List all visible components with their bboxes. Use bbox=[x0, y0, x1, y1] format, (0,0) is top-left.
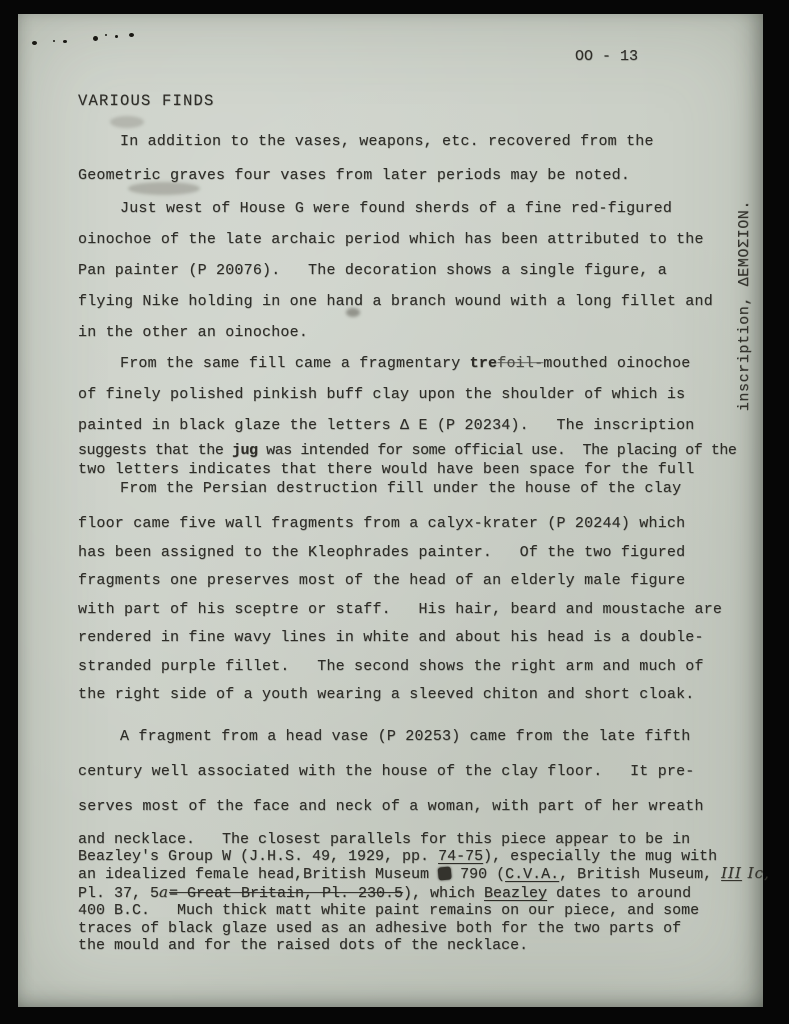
text-line: an idealized female head,British Museum … bbox=[78, 865, 745, 883]
scan-background: OO - 13 VARIOUS FINDS In addition to the… bbox=[0, 0, 789, 1024]
ink-smudge bbox=[346, 308, 360, 317]
text-line: the mould and for the raised dots of the… bbox=[78, 937, 745, 954]
ink-speck bbox=[105, 34, 107, 36]
text-line: traces of black glaze used as an adhesiv… bbox=[78, 920, 745, 937]
paragraph-head-vase-detail: and necklace. The closest parallels for … bbox=[78, 831, 745, 955]
text-line: Pl. 37, 5a= Great Britain, Pl. 230.5), w… bbox=[78, 884, 745, 902]
text-line: serves most of the face and neck of a wo… bbox=[78, 789, 745, 824]
ink-speck bbox=[115, 35, 118, 38]
text-segment: ), especially the mug with bbox=[483, 848, 717, 865]
overtyped-text: jug bbox=[232, 442, 258, 459]
ink-speck bbox=[53, 40, 55, 42]
text-segment: , British Museum, bbox=[559, 866, 721, 883]
text-line: Pan painter (P 20076). The decoration sh… bbox=[78, 255, 745, 286]
text-segment: was intended for some official use. The … bbox=[258, 442, 737, 459]
underlined-text: C.V.A. bbox=[505, 866, 559, 883]
struck-over-text: foil- bbox=[497, 355, 543, 372]
document-heading: VARIOUS FINDS bbox=[78, 92, 745, 110]
text-line: the right side of a youth wearing a slee… bbox=[78, 681, 745, 710]
text-line: floor came five wall fragments from a ca… bbox=[78, 510, 745, 539]
text-line: flying Nike holding in one hand a branch… bbox=[78, 286, 745, 317]
text-segment: 790 ( bbox=[451, 866, 505, 883]
text-line: stranded purple fillet. The second shows… bbox=[78, 653, 745, 682]
text-segment: Pl. 37, 5 bbox=[78, 885, 159, 902]
single-spaced-insert: suggests that the jug was intended for s… bbox=[78, 441, 745, 498]
ink-blot bbox=[438, 867, 452, 881]
underlined-text: Beazley bbox=[484, 885, 547, 902]
text-line: two letters indicates that there would h… bbox=[78, 460, 745, 479]
text-line: fragments one preserves most of the head… bbox=[78, 567, 745, 596]
overtyped-text: tre bbox=[470, 355, 498, 372]
underlined-text: 74-75 bbox=[438, 848, 483, 865]
ink-smudge bbox=[110, 116, 144, 128]
handwritten-note: a bbox=[159, 883, 169, 901]
text-line: Beazley's Group W (J.H.S. 49, 1929, pp. … bbox=[78, 848, 745, 865]
text-line: 400 B.C. Much thick matt white paint rem… bbox=[78, 902, 745, 919]
text-segment: ), which bbox=[403, 885, 484, 902]
text-line: oinochoe of the late archaic period whic… bbox=[78, 224, 745, 255]
text-line: In addition to the vases, weapons, etc. … bbox=[78, 125, 745, 159]
paragraph-pan-painter: Just west of House G were found sherds o… bbox=[78, 193, 745, 348]
text-line: century well associated with the house o… bbox=[78, 754, 745, 789]
text-segment: dates to around bbox=[547, 885, 691, 902]
text-line: suggests that the jug was intended for s… bbox=[78, 441, 745, 460]
margin-annotation: inscription, ΔΕΜΟΣΙΟΝ. bbox=[736, 200, 753, 411]
text-line: and necklace. The closest parallels for … bbox=[78, 831, 745, 848]
text-line: of finely polished pinkish buff clay upo… bbox=[78, 379, 745, 410]
text-line: From the Persian destruction fill under … bbox=[78, 479, 745, 498]
text-line: rendered in fine wavy lines in white and… bbox=[78, 624, 745, 653]
text-line: From the same fill came a fragmentary tr… bbox=[78, 348, 745, 379]
paragraph-inscribed-oinochoe: From the same fill came a fragmentary tr… bbox=[78, 348, 745, 441]
text-line: has been assigned to the Kleophrades pai… bbox=[78, 539, 745, 568]
text-line: in the other an oinochoe. bbox=[78, 317, 745, 348]
text-line: painted in black glaze the letters Δ E (… bbox=[78, 410, 745, 441]
paragraph-calyx-krater: floor came five wall fragments from a ca… bbox=[78, 510, 745, 710]
ink-smudge bbox=[128, 182, 200, 195]
text-segment: From the same fill came a fragmentary bbox=[120, 355, 470, 372]
text-segment: mouthed oinochoe bbox=[543, 355, 690, 372]
handwritten-note: Ic, bbox=[742, 864, 770, 882]
ink-speck bbox=[93, 36, 98, 41]
text-line: Just west of House G were found sherds o… bbox=[78, 193, 745, 224]
text-segment: Beazley's Group W (J.H.S. 49, 1929, pp. bbox=[78, 848, 438, 865]
paragraph-head-vase: A fragment from a head vase (P 20253) ca… bbox=[78, 719, 745, 824]
text-line: with part of his sceptre or staff. His h… bbox=[78, 596, 745, 625]
text-segment: an idealized female head,British Museum bbox=[78, 866, 438, 883]
ink-speck bbox=[32, 41, 37, 45]
handwritten-note: III bbox=[721, 864, 742, 882]
document-page: OO - 13 VARIOUS FINDS In addition to the… bbox=[18, 14, 763, 1007]
ink-speck bbox=[129, 33, 134, 37]
page-number: OO - 13 bbox=[575, 48, 745, 65]
text-segment: suggests that the bbox=[78, 442, 232, 459]
ink-speck bbox=[63, 40, 67, 43]
text-line: A fragment from a head vase (P 20253) ca… bbox=[78, 719, 745, 754]
strikethrough-text: = Great Britain, Pl. 230.5 bbox=[169, 885, 403, 902]
